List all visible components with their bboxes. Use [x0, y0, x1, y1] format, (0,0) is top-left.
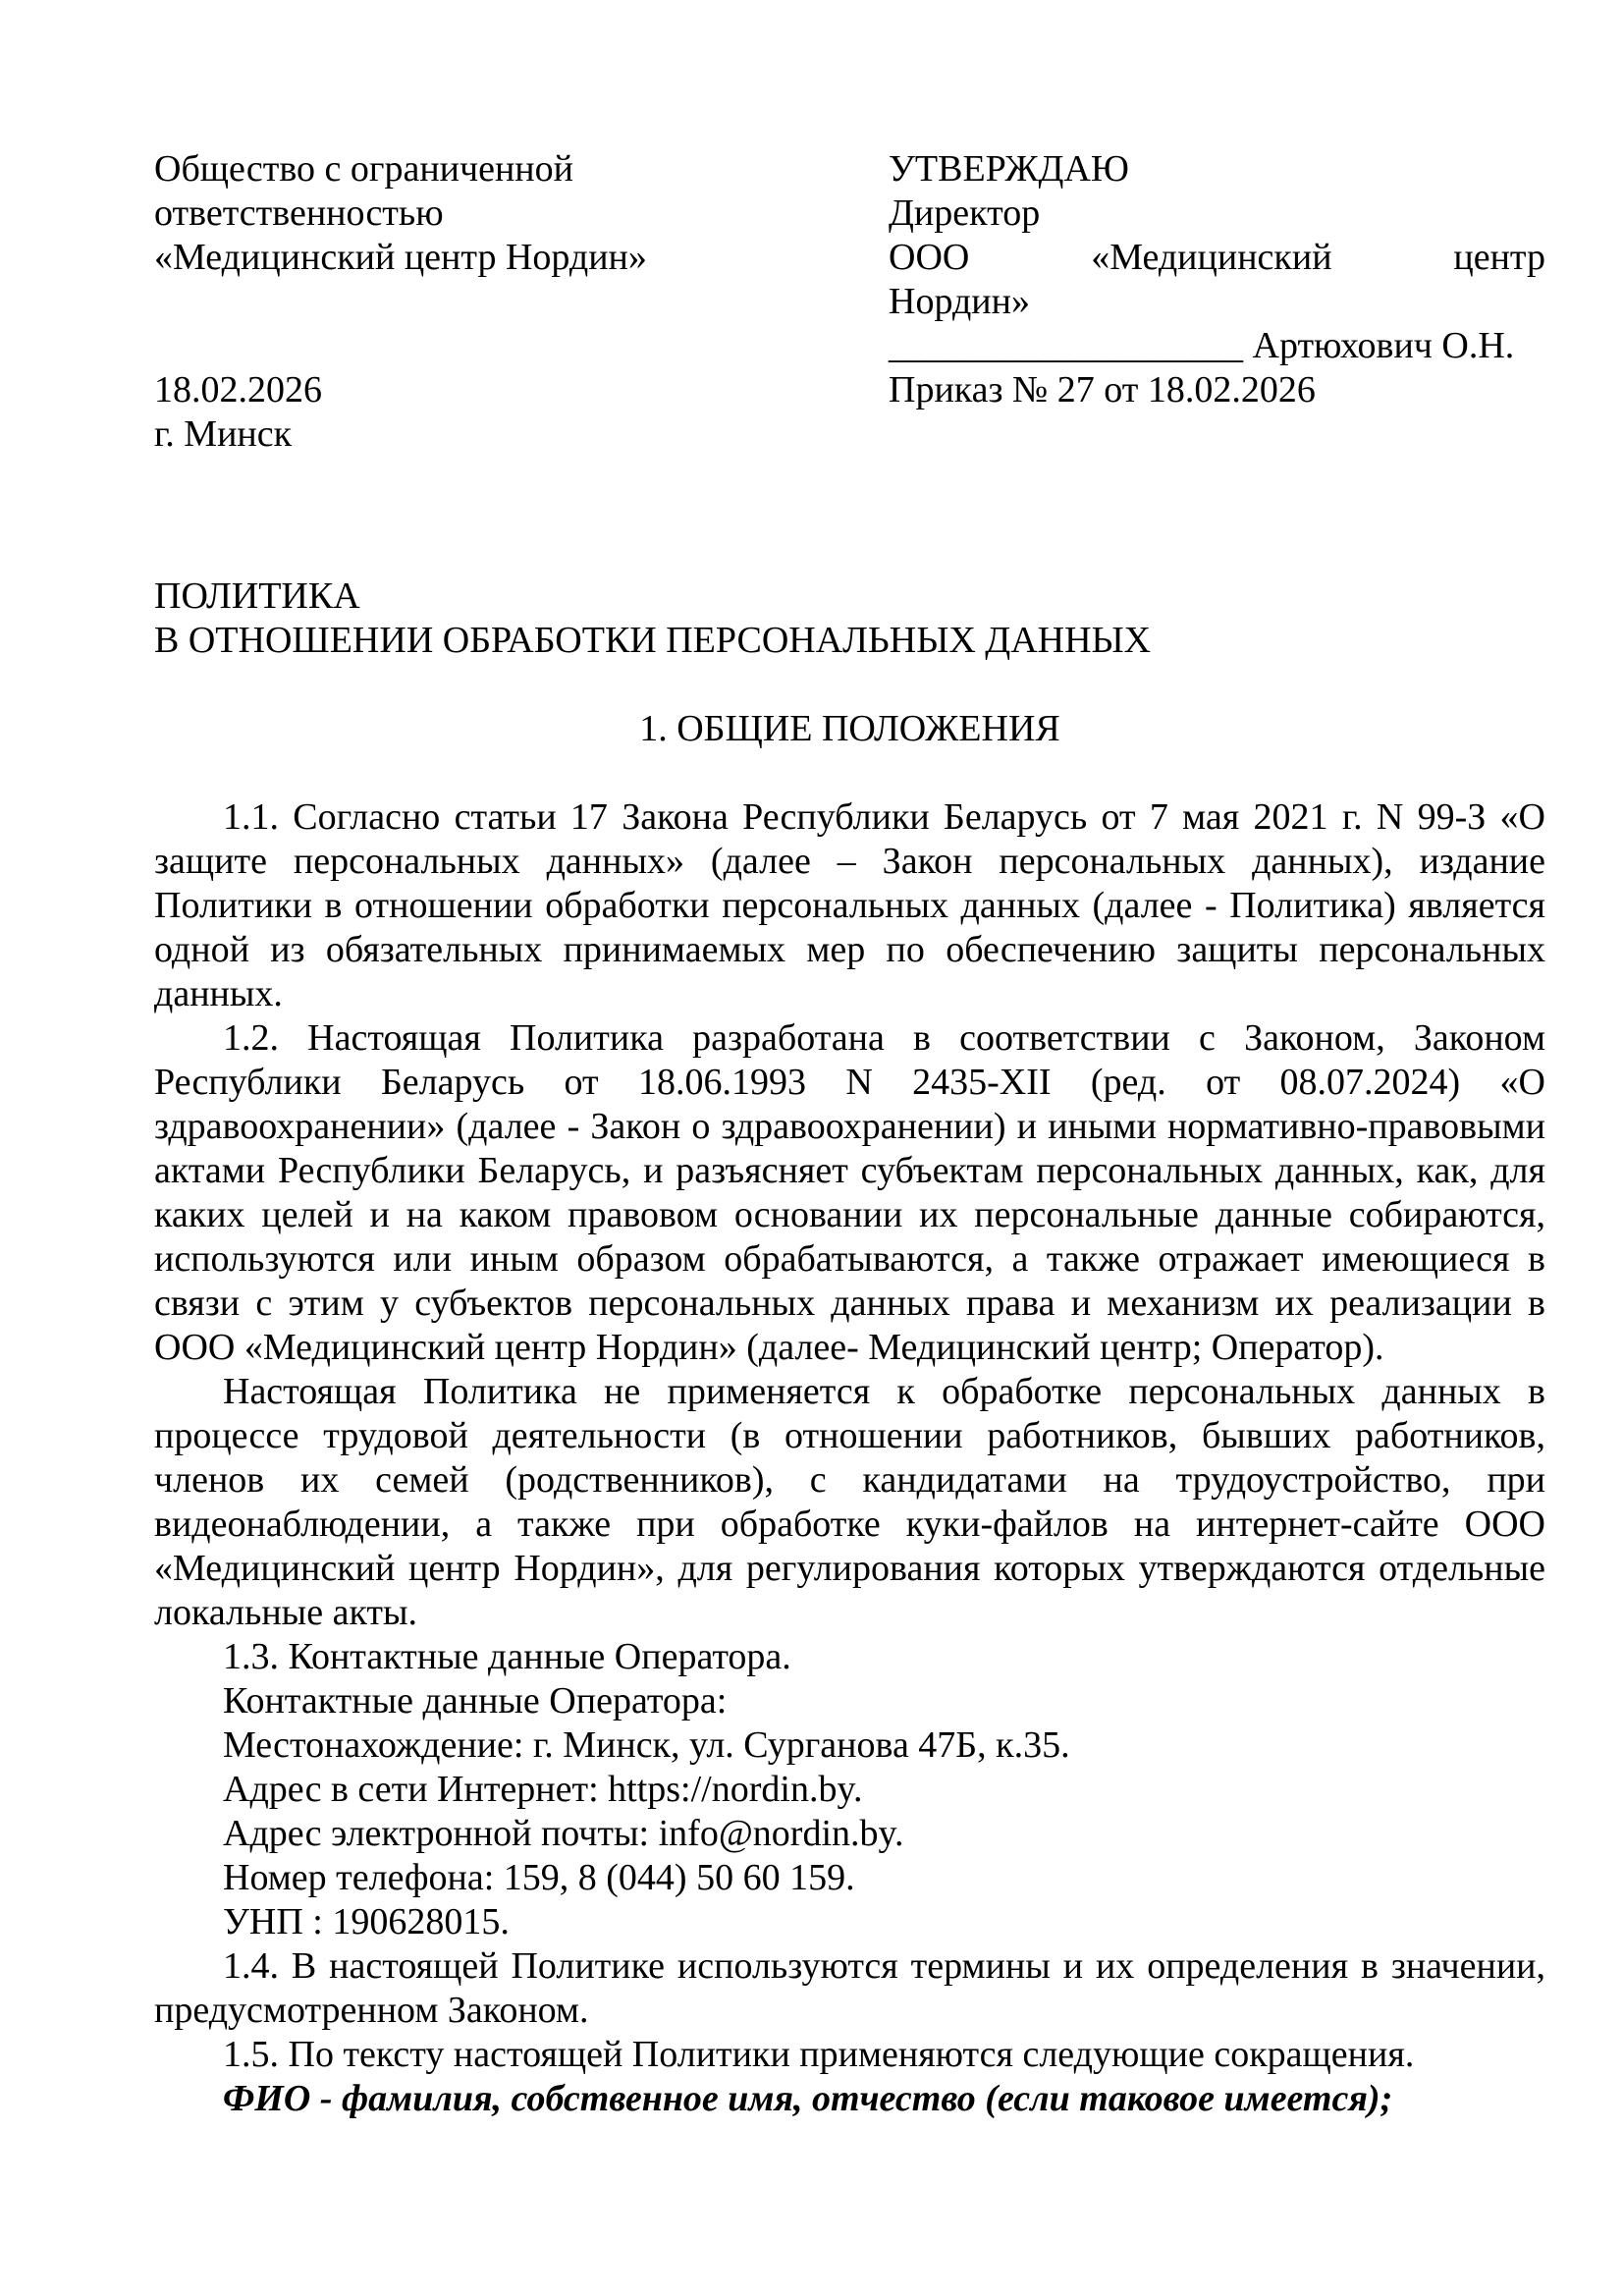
blank-line	[154, 280, 684, 324]
order-reference: Приказ № 27 от 18.02.2026	[889, 368, 1545, 412]
document-body: 1.1. Согласно статьи 17 Закона Республик…	[154, 795, 1545, 2121]
paragraph-1-4: 1.4. В настоящей Политике используются т…	[154, 1944, 1545, 2033]
document-city: г. Минск	[154, 412, 684, 457]
document-page: Общество с ограниченной ответственностью…	[0, 0, 1623, 2296]
paragraph-1-3: 1.3. Контактные данные Оператора.	[154, 1635, 1545, 1679]
title-line-1: ПОЛИТИКА	[154, 574, 1545, 619]
approver-position: Директор	[889, 191, 1545, 236]
document-date: 18.02.2026	[154, 368, 684, 412]
signature-name: Артюхович О.Н.	[1253, 325, 1515, 366]
approval-label: УТВЕРЖДАЮ	[889, 147, 1545, 191]
approver-org-line-2: Нордин»	[889, 280, 1545, 324]
organization-block: Общество с ограниченной ответственностью…	[154, 147, 684, 457]
contact-address-line: Местонахождение: г. Минск, ул. Сурганова…	[154, 1723, 1545, 1768]
abbreviation-fio-line: ФИО - фамилия, собственное имя, отчество…	[154, 2077, 1545, 2121]
approval-block: УТВЕРЖДАЮ Директор ООО «Медицинский цент…	[889, 147, 1545, 412]
contact-phone-line: Номер телефона: 159, 8 (044) 50 60 159.	[154, 1856, 1545, 1900]
document-header: Общество с ограниченной ответственностью…	[154, 147, 1545, 457]
paragraph-1-5: 1.5. По тексту настоящей Политики примен…	[154, 2033, 1545, 2077]
document-title: ПОЛИТИКА В ОТНОШЕНИИ ОБРАБОТКИ ПЕРСОНАЛЬ…	[154, 574, 1545, 663]
signature-line: ___________________ Артюхович О.Н.	[889, 324, 1545, 368]
signature-blank: ___________________	[889, 325, 1243, 366]
paragraph-1-1: 1.1. Согласно статьи 17 Закона Республик…	[154, 795, 1545, 1016]
organization-name-line-1: Общество с ограниченной	[154, 147, 684, 191]
contact-intro-line: Контактные данные Оператора:	[154, 1679, 1545, 1723]
title-line-2: В ОТНОШЕНИИ ОБРАБОТКИ ПЕРСОНАЛЬНЫХ ДАННЫ…	[154, 619, 1545, 663]
contact-website-line: Адрес в сети Интернет: https://nordin.by…	[154, 1768, 1545, 1812]
section-heading: 1. ОБЩИЕ ПОЛОЖЕНИЯ	[154, 707, 1545, 751]
approver-org-line-1: ООО «Медицинский центр	[889, 236, 1545, 280]
organization-name-line-2: ответственностью	[154, 191, 684, 236]
paragraph-1-2: 1.2. Настоящая Политика разработана в со…	[154, 1016, 1545, 1370]
contact-email-line: Адрес электронной почты: info@nordin.by.	[154, 1812, 1545, 1856]
paragraph-scope-exclusion: Настоящая Политика не применяется к обра…	[154, 1370, 1545, 1635]
organization-name-line-3: «Медицинский центр Нордин»	[154, 236, 684, 280]
blank-line	[154, 324, 684, 368]
contact-unp-line: УНП : 190628015.	[154, 1900, 1545, 1944]
